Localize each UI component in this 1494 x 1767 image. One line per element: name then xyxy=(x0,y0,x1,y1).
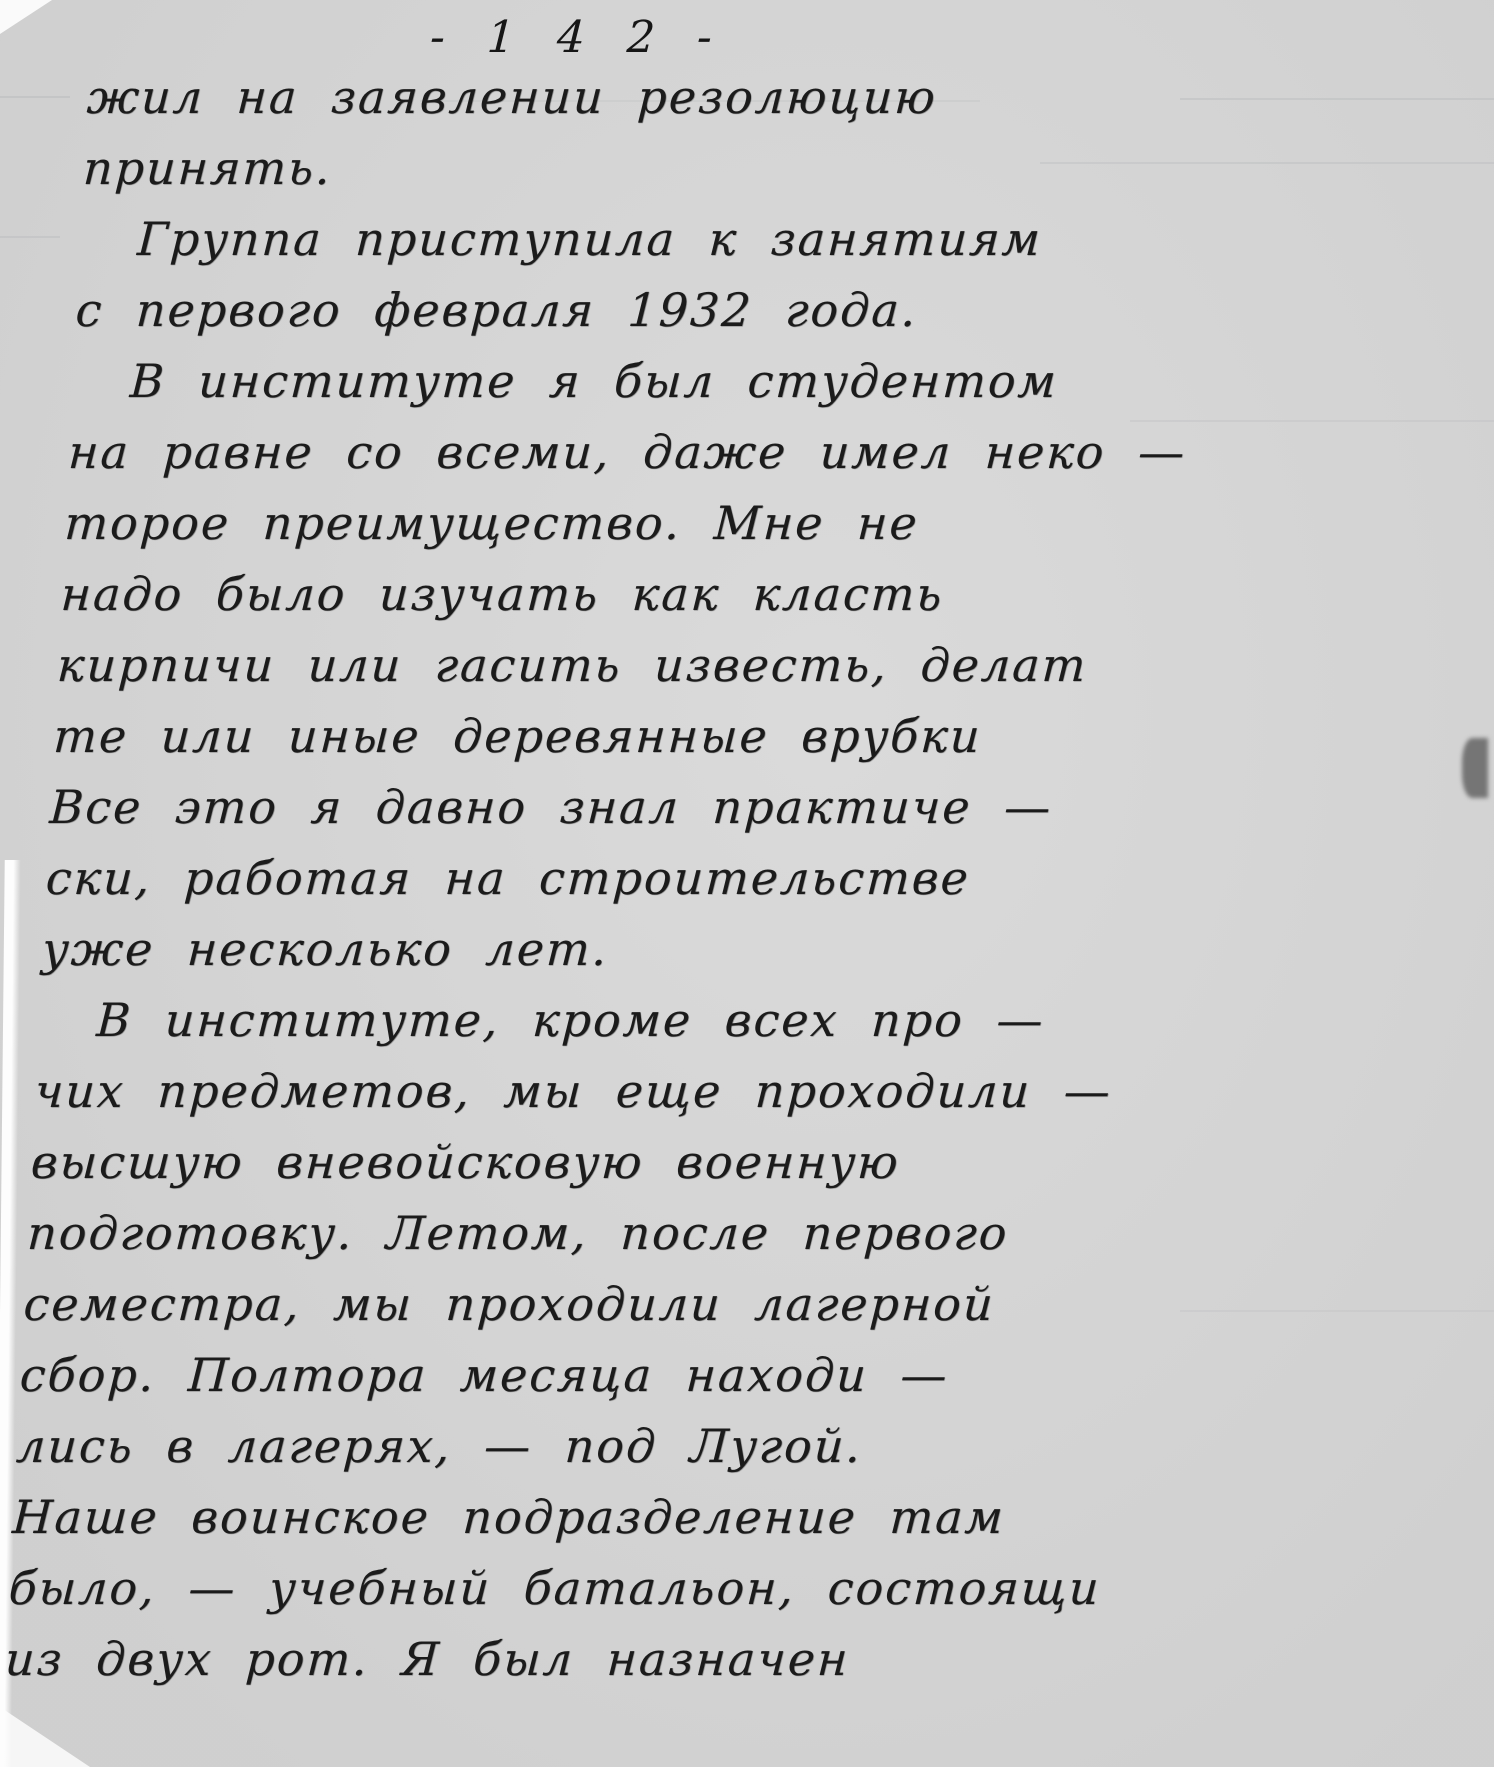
handwritten-line: надо было изучать как класть xyxy=(0,559,1465,630)
handwritten-line: те или иные деревянные врубки xyxy=(0,701,1457,772)
handwritten-line: принять. xyxy=(0,133,1487,204)
handwritten-line: с первого февраля 1932 года. xyxy=(0,275,1480,346)
handwritten-line: В институте я был студентом xyxy=(0,346,1476,417)
handwritten-line: торое преимущество. Мне не xyxy=(0,488,1468,559)
handwritten-line: было, — учебный батальон, состоящи xyxy=(0,1553,1413,1624)
handwritten-line: В институте, кроме всех про — xyxy=(0,985,1442,1056)
scan-corner-bottom-left xyxy=(0,1707,90,1767)
handwritten-line: Все это я давно знал практиче — xyxy=(0,772,1454,843)
page-number: - 1 4 2 - xyxy=(0,12,1159,63)
handwritten-line: ски, работая на строительстве xyxy=(0,843,1450,914)
handwritten-line: из двух рот. Я был назначен xyxy=(0,1624,1409,1695)
handwritten-line: Наше воинское подразделение там xyxy=(0,1482,1416,1553)
handwritten-line: уже несколько лет. xyxy=(0,914,1446,985)
handwritten-line: подготовку. Летом, после первого xyxy=(0,1198,1431,1269)
handwritten-line: высшую вневойсковую военную xyxy=(0,1127,1435,1198)
handwritten-line: Группа приступила к занятиям xyxy=(0,204,1483,275)
handwritten-line: жил на заявлении резолюцию xyxy=(0,62,1491,133)
handwritten-line: лись в лагерях, — под Лугой. xyxy=(0,1411,1420,1482)
handwritten-line: семестра, мы проходили лагерной xyxy=(0,1269,1427,1340)
handwritten-text-block: жил на заявлении резолюцию принять. Груп… xyxy=(0,62,1491,1695)
handwritten-line: кирпичи или гасить известь, делат xyxy=(0,630,1461,701)
handwritten-line: на равне со всеми, даже имел неко — xyxy=(0,417,1472,488)
handwritten-line: сбор. Полтора месяца находи — xyxy=(0,1340,1424,1411)
handwritten-line: чих предметов, мы еще проходили — xyxy=(0,1056,1439,1127)
manuscript-page: - 1 4 2 - жил на заявлении резолюцию при… xyxy=(0,0,1494,1767)
ink-smudge xyxy=(1462,738,1488,798)
